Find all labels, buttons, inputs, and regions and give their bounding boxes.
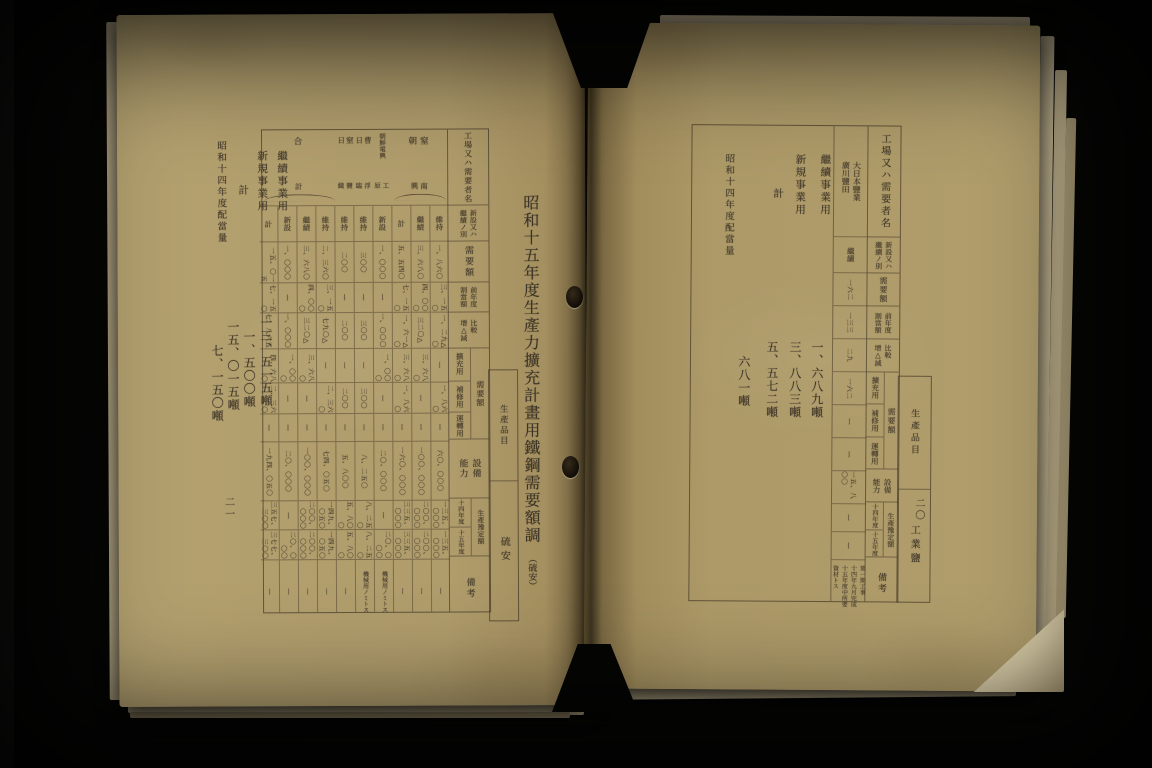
header-remarks: 備考 [865,556,897,609]
photo-frame-edge [0,0,14,768]
cell-capacity: 一九四、〇五〇 [260,441,278,500]
summary-new-value: 三、八八三噸 [787,341,805,419]
header-demand-group-label: 需要額 [886,407,897,434]
header-factory: 工場又ハ需要者名 [868,126,901,236]
table-column: 維持三〇〇—三〇〇—三〇〇—八、二五〇八、二五〇八、二五〇機械用ノミトス [353,205,374,612]
right-table: 工場又ハ需要者名 新設又ハ繼續ノ別 需要額 前年度割當額 比較增△減 擴充用 補… [688,124,901,602]
left-table-data-grid: 維持一、八六〇三、一五〇△一、二九〇—一、八六〇—六〇、〇〇〇一三五、〇〇〇一三… [262,205,450,613]
cell-capacity: 二〇、〇〇〇 [279,441,297,500]
table-column: 新設一、〇〇〇—一、〇〇〇一、〇〇〇——二〇、〇〇〇—二〇、〇〇〇— [277,205,298,612]
product-box: 生產品目 硫安 [488,369,519,621]
right-table-header-column: 工場又ハ需要者名 新設又ハ繼續ノ別 需要額 前年度割當額 比較增△減 擴充用 補… [864,126,900,601]
right-table-data-column: 大日本鹽業廣川鹽田 繼續 一六二 一三三 二九 一六二 — — 一五、八〇〇 —… [830,126,868,601]
header-operation-use: 運轉用 [869,442,880,465]
page-number-left: 二一 [221,497,236,521]
cell-repair: 二〇〇 [336,382,354,413]
cell-fy15: 三三五、〇〇〇 [394,529,412,559]
left-page: 昭和十五年度生產力擴充計畫用鐵鋼需要額調 （硫安） 生產品目 硫安 工場又ハ需要… [116,13,587,707]
cell-type: 維持 [335,205,353,241]
cell-remarks: — [261,559,279,623]
cell-capacity: 一〇〇、〇〇〇 [298,441,316,500]
product-box-header-label: 生產品目 [908,409,921,457]
cell-prev: — [279,282,297,312]
cell-expand: — [355,348,373,382]
header-prev-allocation: 前年度割當額 [449,281,489,311]
cell-operate: — [393,413,411,441]
cell-type: 維持 [316,205,334,241]
cell-expand: — [336,348,354,382]
summary-new-value: 一、五〇〇噸 [241,330,258,408]
cell-operate: — [374,413,392,441]
total-label-sub: 計 [262,181,337,192]
header-expansion-use: 擴充用 [870,376,881,399]
cell-prev: 四、〇〇〇 [412,282,430,312]
cell-compare: 一、〇〇〇 [374,312,392,348]
cell-fy14: 八、二五〇 [356,500,374,529]
cell-compare: △七九〇 [317,312,335,348]
cell-compare: 二〇〇 [336,312,354,348]
cell-remarks: — [337,559,355,623]
cell-repair: 一、八六〇 [393,382,411,413]
cell-type: 維持 [354,205,372,241]
header-demand-group-label: 需要額 [475,380,486,407]
summary-total-label: 計 [771,188,786,201]
product-box: 生產品目 工業鹽 [896,376,932,603]
page-stack-edge [130,712,570,718]
cell-prev: — [336,282,354,312]
cell-remarks: 機械用ノミトス [375,559,393,623]
cell-fy15: — [832,531,866,559]
table-column: 維持二〇〇—二〇〇—二〇〇—五、八〇〇五、八〇〇五、八〇〇— [334,205,355,612]
cell-prev: 四、〇〇〇 [298,282,316,312]
header-remarks: 備考 [450,555,490,619]
cell-fy15: 五、八〇〇 [337,529,355,559]
cell-type: 繼續 [411,205,429,241]
company-label: 日窒 [337,135,355,146]
summary-fy14-allocation-value: 六八一噸 [736,355,753,407]
product-box-header: 生產品目 [489,370,517,480]
photo-of-open-ledger: 昭和十五年度生產力擴充計畫用鐵鋼需要額調 （硫安） 生產品目 硫安 工場又ハ需要… [0,0,1152,768]
group-total: 合 計 [262,130,337,205]
table-column: 維持二、三六〇三、一五〇△七九〇—二、三六〇—七四、〇五〇一四九、〇五〇一四九、… [315,205,336,612]
cell-fy14: — [832,503,866,531]
group-choanchisso: 朝窒 興南 [392,130,448,205]
cell-demand: 三〇〇 [354,241,372,282]
group-brace [394,194,446,201]
cell-demand: 二〇〇 [335,241,353,282]
cell-capacity: 二〇、〇〇〇 [374,441,392,500]
header-demand: 需要額 [867,272,899,305]
cell-demand: 一、〇〇〇 [278,241,296,282]
company-label: 日曹 [355,135,373,146]
section-title-product: （硫安） [525,554,538,590]
cell-demand: 二、三六〇 [316,241,334,282]
cell-fy15: 一三五、〇〇〇 [432,529,450,559]
cell-fy15: 二〇〇、〇〇〇 [299,529,317,559]
cell-expand: 三、六八〇 [393,348,411,382]
cell-remarks: — [413,559,431,623]
cell-expand: — [317,348,335,382]
cell-compare: △一、六一〇 [393,312,411,348]
cell-operate: — [832,437,866,470]
cell-operate: — [298,413,316,441]
cell-remarks: — [299,559,317,623]
cell-operate: — [412,413,430,441]
group-chosendenko: 朝鮮電興 原工 [373,130,392,205]
cell-capacity: 六〇、〇〇〇 [431,441,449,500]
cell-fy14: 五、八〇〇 [337,500,355,529]
cell-capacity: 一六〇、〇〇〇 [393,441,411,500]
header-fy14: 十四年度 [456,500,465,525]
plant-label: 原工 [373,181,392,190]
plant-label: 織鹽 [337,181,355,190]
cell-fy14: 三五七、三〇〇 [261,500,279,529]
cell-expand: 一六二 [833,371,867,404]
cell-repair: — [298,382,316,413]
product-name: 硫安 [496,536,511,564]
header-production-label: 生產豫定額 [886,512,896,547]
left-table: 工場又ハ需要者名 新設又ハ繼續ノ別 需要額 前年度割當額 比較增△減 擴充用 補… [261,128,491,613]
cell-fy14: 三三五、〇〇〇 [394,500,412,529]
cell-repair: — [279,382,297,413]
header-demand-group: 擴充用 補修用 運轉用 需要額 [866,371,899,468]
table-column: 新設一、〇〇〇—一、〇〇〇一、〇〇〇——二〇、〇〇〇—二〇、〇〇〇機械用ノミトス [372,205,393,612]
cell-demand: 三、六八〇 [411,241,429,282]
cell-fy15: 二〇、〇〇〇 [280,529,298,559]
header-demand-group: 擴充用 補修用 運轉用 需要額 [449,347,489,438]
cell-expand: — [431,348,449,382]
cell-remarks: 機械用ノミトス [356,559,374,623]
cell-operate: — [336,413,354,441]
cell-fy14: 二〇〇、〇〇〇 [299,500,317,529]
header-production-group: 十四年度 十五年度 生產豫定額 [450,497,490,555]
cell-prev: 三、一五〇 [431,282,449,312]
cell-demand: 一、〇〇〇 [373,241,391,282]
cell-operate: — [260,413,278,441]
cell-prev: 三、一五〇 [317,282,335,312]
summary-new-label: 新規事業用 [255,150,270,213]
cell-repair: — [832,404,866,437]
summary-total-value: 一五、〇一五噸 [225,320,242,411]
product-box-header: 生產品目 [898,377,931,489]
summary-fy14-allocation-value: 七、一五〇噸 [209,345,226,423]
summary-continuing-label: 繼續事業用 [818,154,833,217]
header-repair-use: 補修用 [869,409,880,432]
cell-operate: — [317,413,335,441]
cell-compare: △一、二九〇 [431,312,449,348]
header-demand: 需要額 [448,240,488,281]
cell-type: 繼續 [297,205,315,241]
cell-remarks: — [280,559,298,623]
cell-compare: △三二〇 [298,312,316,348]
cell-capacity: 八、二五〇 [355,441,373,500]
cell-expand: 三、六八〇 [298,348,316,382]
header-capacity: 設備能力 [866,468,898,501]
header-prev-allocation: 前年度割當額 [867,305,899,338]
table-column: 計一五、〇一五七、一五〇七、八六五四、六八〇二、三六〇—一九四、〇五〇三五七、三… [259,205,279,612]
cell-fy14: — [280,500,298,529]
header-fy14: 十四年度 [870,503,879,528]
header-production-group: 十四年度 十五年度 生產豫定額 [866,501,898,556]
cell-repair: 二、三六〇 [317,382,335,413]
cell-remarks: 第一期工事十四年九月完成十五年度中所要資材トス [831,559,865,612]
cell-prev: — [374,282,392,312]
header-fy15: 十五年度 [870,531,879,556]
cell-fy14: 二〇〇、〇〇〇 [413,500,431,529]
cell-expand: 三、六八〇 [412,348,430,382]
cell-factory-name: 大日本鹽業廣川鹽田 [834,126,869,236]
cell-fy14: 一三五、〇〇〇 [432,500,450,529]
right-page: 生產品目 工業鹽 工場又ハ需要者名 新設又ハ繼續ノ別 需要額 前年度割當額 比較… [584,22,1041,691]
summary-continuing-value: 一三、五一五噸 [258,316,275,407]
product-box-value: 硫安 [490,480,519,619]
cell-repair: — [412,382,430,413]
cell-compare: 二九 [833,338,867,371]
cell-type: 維持 [430,205,448,241]
cell-prev: — [355,282,373,312]
cell-fy15: 一四九、〇五〇 [318,529,336,559]
cell-operate: — [431,413,449,441]
company-label: 朝窒 [392,135,448,147]
cell-demand: 一六二 [833,272,867,305]
header-capacity: 設備能力 [449,438,489,497]
header-fy15: 十五年度 [456,529,465,554]
cell-prev: 一三三 [833,305,867,338]
cell-remarks: — [432,559,450,623]
cell-type: 繼續 [834,236,868,272]
cell-fy14: — [375,500,393,529]
header-expansion-use: 擴充用 [454,353,465,376]
left-table-header-column: 工場又ハ需要者名 新設又ハ繼續ノ別 需要額 前年度割當額 比較增△減 擴充用 補… [447,129,490,611]
group-nichichitsu: 日窒 織鹽 [337,130,355,205]
cell-fy15: 二〇、〇〇〇 [375,529,393,559]
table-column: 繼續三、六八〇四、〇〇〇△三二〇三、六八〇——一〇〇、〇〇〇二〇〇、〇〇〇二〇〇… [296,205,317,612]
cell-repair: 三〇〇 [355,382,373,413]
header-factory: 工場又ハ需要者名 [448,129,488,204]
total-label-top: 合 [262,135,337,147]
cell-compare: 一、〇〇〇 [279,312,297,348]
summary-continuing-label: 繼續事業用 [275,150,290,213]
cell-fy15: 三七七、三〇〇 [261,529,279,559]
section-title-text: 昭和十五年度生產力擴充計畫用鐵鋼需要額調 [519,194,544,544]
header-operation-use: 運轉用 [454,415,465,438]
cell-operate: — [279,413,297,441]
table-column: 計五、五四〇七、一五〇△一、六一〇三、六八〇一、八六〇—一六〇、〇〇〇三三五、〇… [391,205,412,612]
cell-expand: 一、〇〇〇 [374,348,392,382]
summary-continuing-value: 一、六八九噸 [809,341,827,419]
header-type: 新設又ハ繼續ノ別 [448,204,488,240]
cell-fy14: 一四九、〇五〇 [318,500,336,529]
cell-fy15: 八、二五〇 [356,529,374,559]
product-name: 工業鹽 [906,524,921,566]
cell-capacity: 五、八〇〇 [336,441,354,500]
summary-total-label: 計 [236,184,251,197]
cell-capacity: 一五、八〇〇 [832,470,866,503]
header-repair-use: 補修用 [454,385,465,408]
cell-compare: 三〇〇 [355,312,373,348]
cell-operate: — [355,413,373,441]
cell-remarks: — [318,559,336,623]
company-label: 朝鮮電興 [378,133,387,159]
cell-demand: 三、六八〇 [297,241,315,282]
group-nisso: 日曹 臨浮 [355,130,373,205]
cell-repair: 一、八六〇 [431,382,449,413]
cell-compare: △三二〇 [412,312,430,348]
cell-prev: 七、一五〇 [393,282,411,312]
cell-remarks: — [394,559,412,623]
cell-capacity: 一〇〇、〇〇〇 [412,441,430,500]
table-column: 繼續三、六八〇四、〇〇〇△三二〇三、六八〇——一〇〇、〇〇〇二〇〇、〇〇〇二〇〇… [410,205,431,612]
summary-new-label: 新規事業用 [793,154,808,217]
plant-label: 臨浮 [355,181,373,190]
cell-expand: 一、〇〇〇 [279,348,297,382]
cell-demand: 一五、〇一五 [259,241,277,282]
header-production-label: 生產豫定額 [476,509,486,544]
page-number-right: 二〇 [911,498,926,522]
summary-fy14-allocation-label: 昭和十四年度配當量 [721,153,736,257]
cell-fy15: 二〇〇、〇〇〇 [413,529,431,559]
cell-demand: 五、五四〇 [392,241,410,282]
summary-fy14-allocation-label: 昭和十四年度配當量 [213,141,227,245]
cell-demand: 一、八六〇 [430,241,448,282]
header-type: 新設又ハ繼續ノ別 [868,236,900,272]
cell-type: 新設 [373,205,391,241]
cell-repair: — [374,382,392,413]
binding-hole [566,286,583,308]
binding-hole [562,456,579,478]
cell-capacity: 七四、〇五〇 [317,441,335,500]
header-comparison: 比較增△減 [867,338,899,371]
summary-total-value: 五、五七二噸 [764,341,782,419]
table-column: 維持一、八六〇三、一五〇△一、二九〇—一、八六〇—六〇、〇〇〇一三五、〇〇〇一三… [429,205,450,612]
header-comparison: 比較增△減 [449,311,489,347]
plant-label: 興南 [392,181,448,192]
cell-prev: 七、一五〇 [260,282,278,312]
product-box-header-label: 生產品目 [497,404,509,446]
cell-type: 計 [392,205,410,241]
